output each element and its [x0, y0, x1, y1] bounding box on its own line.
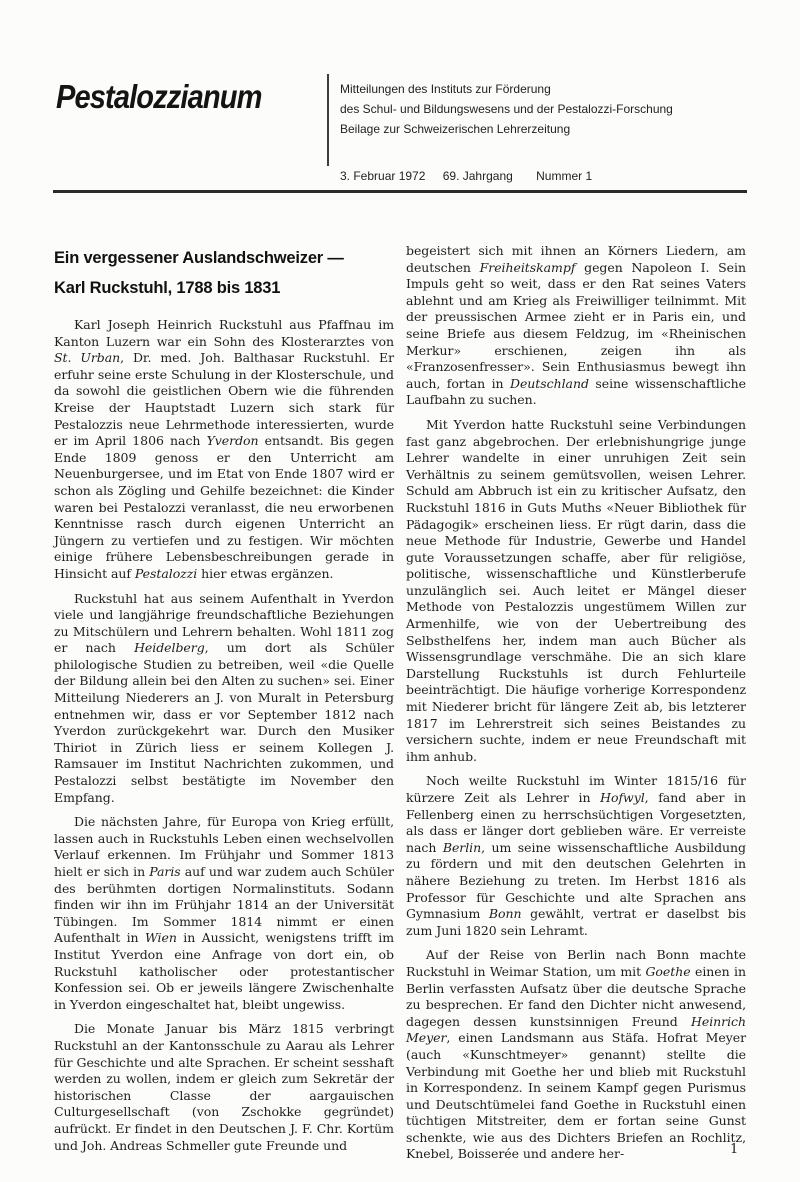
issue-number: Nummer 1 — [536, 169, 592, 183]
journal-page: Pestalozzianum Mitteilungen des Institut… — [0, 0, 800, 1182]
title-line-1: Ein vergessener Auslandschweizer — — [54, 243, 394, 273]
paragraph: Die nächsten Jahre, für Europa von Krieg… — [54, 814, 394, 1013]
page-number: 1 — [730, 1142, 738, 1157]
issue-date: 3. Februar 1972 — [340, 169, 425, 183]
paragraph: Ruckstuhl hat aus seinem Aufenthalt in Y… — [54, 591, 394, 807]
paragraph: Auf der Reise von Berlin nach Bonn macht… — [406, 947, 746, 1163]
article: Ein vergessener Auslandschweizer — Karl … — [54, 243, 746, 1171]
subtitle-line-2: des Schul- und Bildungswesens und der Pe… — [340, 99, 673, 119]
column-left: Ein vergessener Auslandschweizer — Karl … — [54, 243, 394, 1171]
paragraph: Die Monate Januar bis März 1815 verbring… — [54, 1021, 394, 1154]
masthead-divider — [327, 74, 329, 166]
paragraph: Mit Yverdon hatte Ruckstuhl seine Verbin… — [406, 417, 746, 765]
header-rule — [53, 190, 747, 193]
paragraph: begeistert sich mit ihnen an Körners Lie… — [406, 243, 746, 409]
masthead-dateline: 3. Februar 1972 69. Jahrgang Nummer 1 — [340, 169, 592, 183]
subtitle-line-1: Mitteilungen des Instituts zur Förderung — [340, 79, 673, 99]
issue-volume: 69. Jahrgang — [443, 169, 513, 183]
subtitle-line-3: Beilage zur Schweizerischen Lehrerzeitun… — [340, 119, 673, 139]
paragraph: Karl Joseph Heinrich Ruckstuhl aus Pfaff… — [54, 317, 394, 583]
journal-logo: Pestalozzianum — [56, 80, 262, 113]
title-line-2: Karl Ruckstuhl, 1788 bis 1831 — [54, 273, 394, 303]
column-right: begeistert sich mit ihnen an Körners Lie… — [406, 243, 746, 1171]
paragraph: Noch weilte Ruckstuhl im Winter 1815/16 … — [406, 773, 746, 939]
article-title: Ein vergessener Auslandschweizer — Karl … — [54, 243, 394, 303]
masthead-subtitle: Mitteilungen des Instituts zur Förderung… — [340, 79, 673, 139]
